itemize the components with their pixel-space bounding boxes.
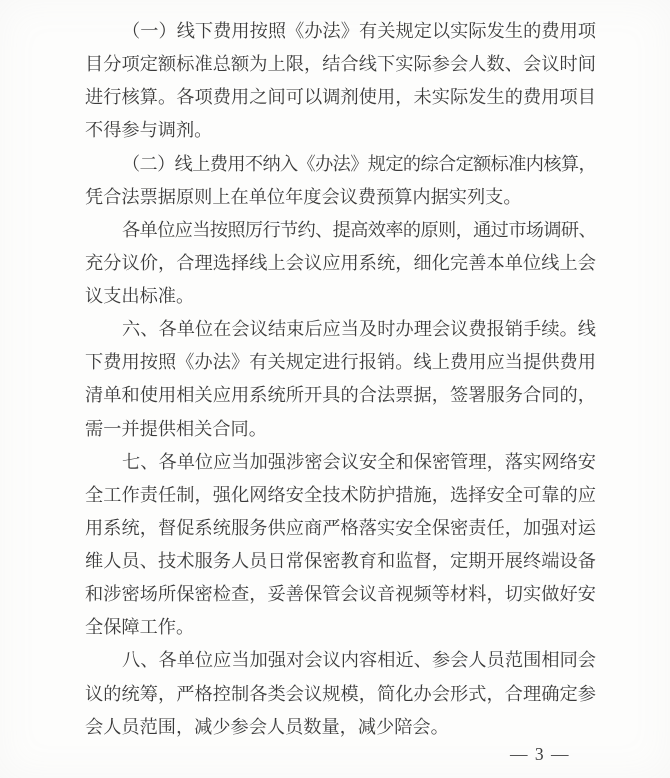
paragraph-item-1: （一）线下费用按照《办法》有关规定以实际发生的费用项 目分项定额标准总额为上限，… [85,15,596,148]
document-line: 八、各单位应当加强对会议内容相近、参会人员范围相同会 [85,644,596,677]
document-line: 目分项定额标准总额为上限，结合线下实际参会人数、会议时间 [85,48,596,81]
document-line: 凭合法票据原则上在单位年度会议费预算内据实列支。 [85,181,596,214]
document-body: （一）线下费用按照《办法》有关规定以实际发生的费用项 目分项定额标准总额为上限，… [85,15,596,744]
document-line: 需一并提供相关合同。 [85,413,596,446]
paragraph-article-6: 六、各单位在会议结束后应当及时办理会议费报销手续。线 下费用按照《办法》有关规定… [85,313,596,446]
document-line: 议的统筹，严格控制各类会议规模，简化办会形式，合理确定参 [85,678,596,711]
page-number: — 3 — [0,742,570,766]
document-line: 用系统，督促系统服务供应商严格落实安全保密责任，加强对运 [85,512,596,545]
document-line: 六、各单位在会议结束后应当及时办理会议费报销手续。线 [85,313,596,346]
document-line: 维人员、技术服务人员日常保密教育和监督，定期开展终端设备 [85,545,596,578]
document-line: 全工作责任制，强化网络安全技术防护措施，选择安全可靠的应 [85,479,596,512]
document-line: 下费用按照《办法》有关规定进行报销。线上费用应当提供费用 [85,346,596,379]
document-line: 会人员范围，减少参会人员数量，减少陪会。 [85,711,596,744]
document-line: 不得参与调剂。 [85,114,596,147]
document-line: 各单位应当按照厉行节约、提高效率的原则，通过市场调研、 [85,214,596,247]
document-line: 清单和使用相关应用系统所开具的合法票据，签署服务合同的， [85,379,596,412]
document-line: 全保障工作。 [85,611,596,644]
document-line: 七、各单位应当加强涉密会议安全和保密管理，落实网络安 [85,446,596,479]
paragraph-article-8: 八、各单位应当加强对会议内容相近、参会人员范围相同会 议的统筹，严格控制各类会议… [85,644,596,743]
document-line: 进行核算。各项费用之间可以调剂使用，未实际发生的费用项目 [85,81,596,114]
paragraph-units-principle: 各单位应当按照厉行节约、提高效率的原则，通过市场调研、 充分议价，合理选择线上会… [85,214,596,313]
document-line: 和涉密场所保密检查，妥善保管会议音视频等材料，切实做好安 [85,578,596,611]
document-line: （二）线上费用不纳入《办法》规定的综合定额标准内核算， [85,148,596,181]
document-page: （一）线下费用按照《办法》有关规定以实际发生的费用项 目分项定额标准总额为上限，… [0,0,670,778]
document-line: （一）线下费用按照《办法》有关规定以实际发生的费用项 [85,15,596,48]
document-line: 充分议价，合理选择线上会议应用系统，细化完善本单位线上会 [85,247,596,280]
document-line: 议支出标准。 [85,280,596,313]
paragraph-item-2: （二）线上费用不纳入《办法》规定的综合定额标准内核算， 凭合法票据原则上在单位年… [85,148,596,214]
paragraph-article-7: 七、各单位应当加强涉密会议安全和保密管理，落实网络安 全工作责任制，强化网络安全… [85,446,596,645]
